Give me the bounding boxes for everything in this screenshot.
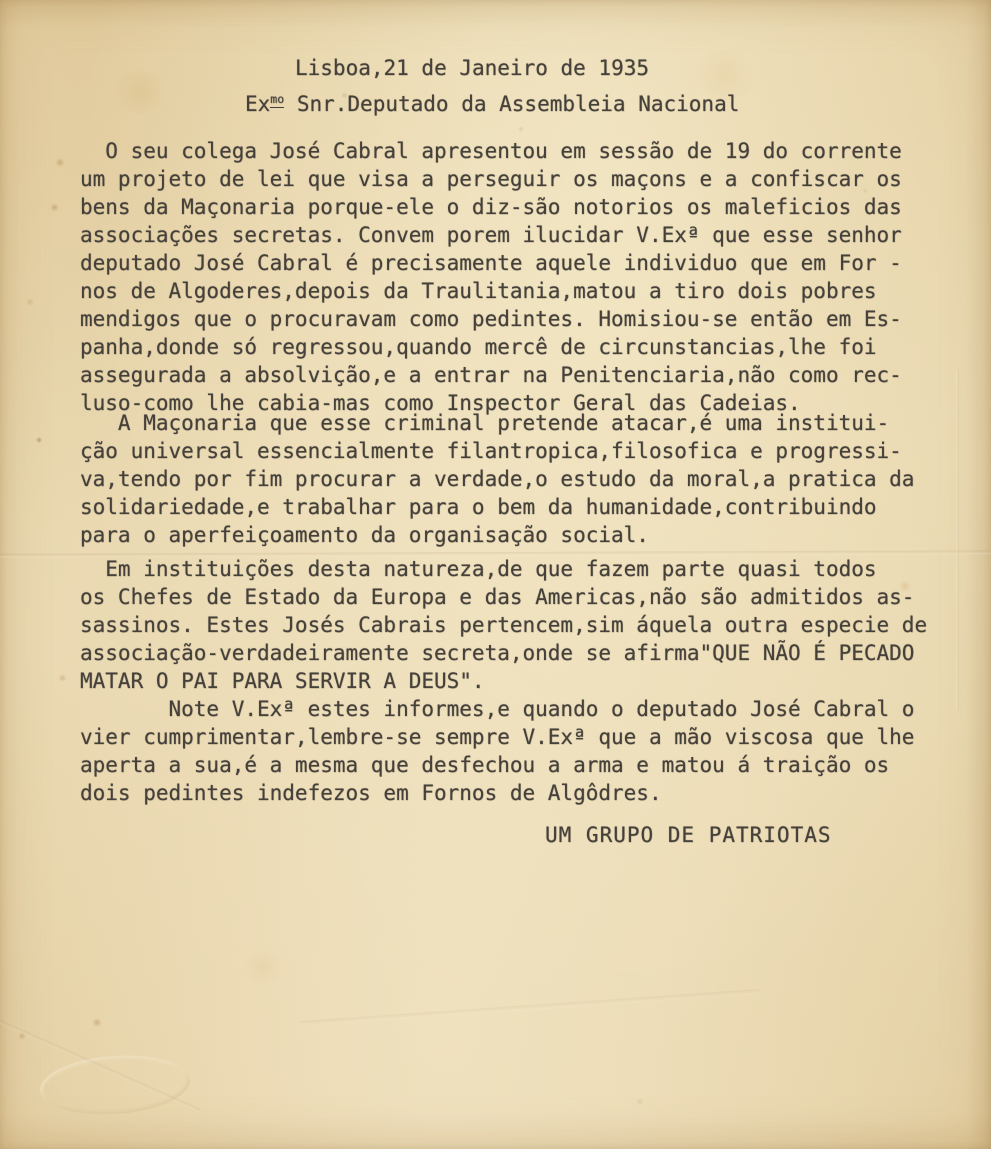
date-line: Lisboa,21 de Janeiro de 1935 bbox=[295, 54, 991, 82]
letter-content: Lisboa,21 de Janeiro de 1935 Exmo Snr.De… bbox=[0, 0, 991, 849]
text-line: para o aperfeiçoamento da organisação so… bbox=[80, 521, 991, 549]
text-line: MATAR O PAI PARA SERVIR A DEUS". bbox=[80, 667, 991, 695]
letter-page: Lisboa,21 de Janeiro de 1935 Exmo Snr.De… bbox=[0, 0, 991, 1149]
text-line: deputado José Cabral é precisamente aque… bbox=[80, 249, 991, 277]
text-line: ção universal essencialmente filantropic… bbox=[80, 437, 991, 465]
text-line: Note V.Exª estes informes,e quando o dep… bbox=[80, 695, 991, 723]
text-line: nos de Algoderes,depois da Traulitania,m… bbox=[80, 277, 991, 305]
text-line: panha,donde só regressou,quando mercê de… bbox=[80, 333, 991, 361]
salutation-superscript: mo bbox=[270, 92, 284, 108]
text-line: mendigos que o procuravam como pedintes.… bbox=[80, 305, 991, 333]
letter-body: O seu colega José Cabral apresentou em s… bbox=[80, 137, 991, 807]
stain bbox=[240, 950, 286, 984]
text-line: va,tendo por fim procurar a verdade,o es… bbox=[80, 465, 991, 493]
text-line: bens da Maçonaria porque-ele o diz-são n… bbox=[80, 193, 991, 221]
embossed-stamp bbox=[38, 1051, 192, 1119]
text-line: um projeto de lei que visa a perseguir o… bbox=[80, 165, 991, 193]
text-line: os Chefes de Estado da Europa e das Amer… bbox=[80, 583, 991, 611]
text-line: assegurada a absolvição,e a entrar na Pe… bbox=[80, 361, 991, 389]
paragraph-2: A Maçonaria que esse criminal pretende a… bbox=[80, 409, 991, 549]
text-line: dois pedintes indefezos em Fornos de Alg… bbox=[80, 779, 991, 807]
text-line: A Maçonaria que esse criminal pretende a… bbox=[80, 409, 991, 437]
text-line: vier cumprimentar,lembre-se sempre V.Exª… bbox=[80, 723, 991, 751]
text-line: sassinos. Estes Josés Cabrais pertencem,… bbox=[80, 611, 991, 639]
text-line: O seu colega José Cabral apresentou em s… bbox=[80, 137, 991, 165]
paragraph-1: O seu colega José Cabral apresentou em s… bbox=[80, 137, 991, 417]
stain bbox=[636, 1098, 644, 1105]
fold-crease-bottom bbox=[300, 989, 759, 1026]
text-line: associação-verdadeiramente secreta,onde … bbox=[80, 639, 991, 667]
text-line: aperta a sua,é a mesma que desfechou a a… bbox=[80, 751, 991, 779]
salutation-prefix: Ex bbox=[245, 92, 270, 116]
text-line: solidariedade,e trabalhar para o bem da … bbox=[80, 493, 991, 521]
salutation: Exmo Snr.Deputado da Assembleia Nacional bbox=[245, 90, 991, 118]
text-line: associações secretas. Convem porem iluci… bbox=[80, 221, 991, 249]
signature: UM GRUPO DE PATRIOTAS bbox=[545, 821, 991, 849]
text-line: Em instituições desta natureza,de que fa… bbox=[80, 555, 991, 583]
stain bbox=[92, 1018, 102, 1027]
salutation-rest: Snr.Deputado da Assembleia Nacional bbox=[284, 92, 739, 116]
paragraph-3: Em instituições desta natureza,de que fa… bbox=[80, 555, 991, 695]
paragraph-4: Note V.Exª estes informes,e quando o dep… bbox=[80, 695, 991, 807]
